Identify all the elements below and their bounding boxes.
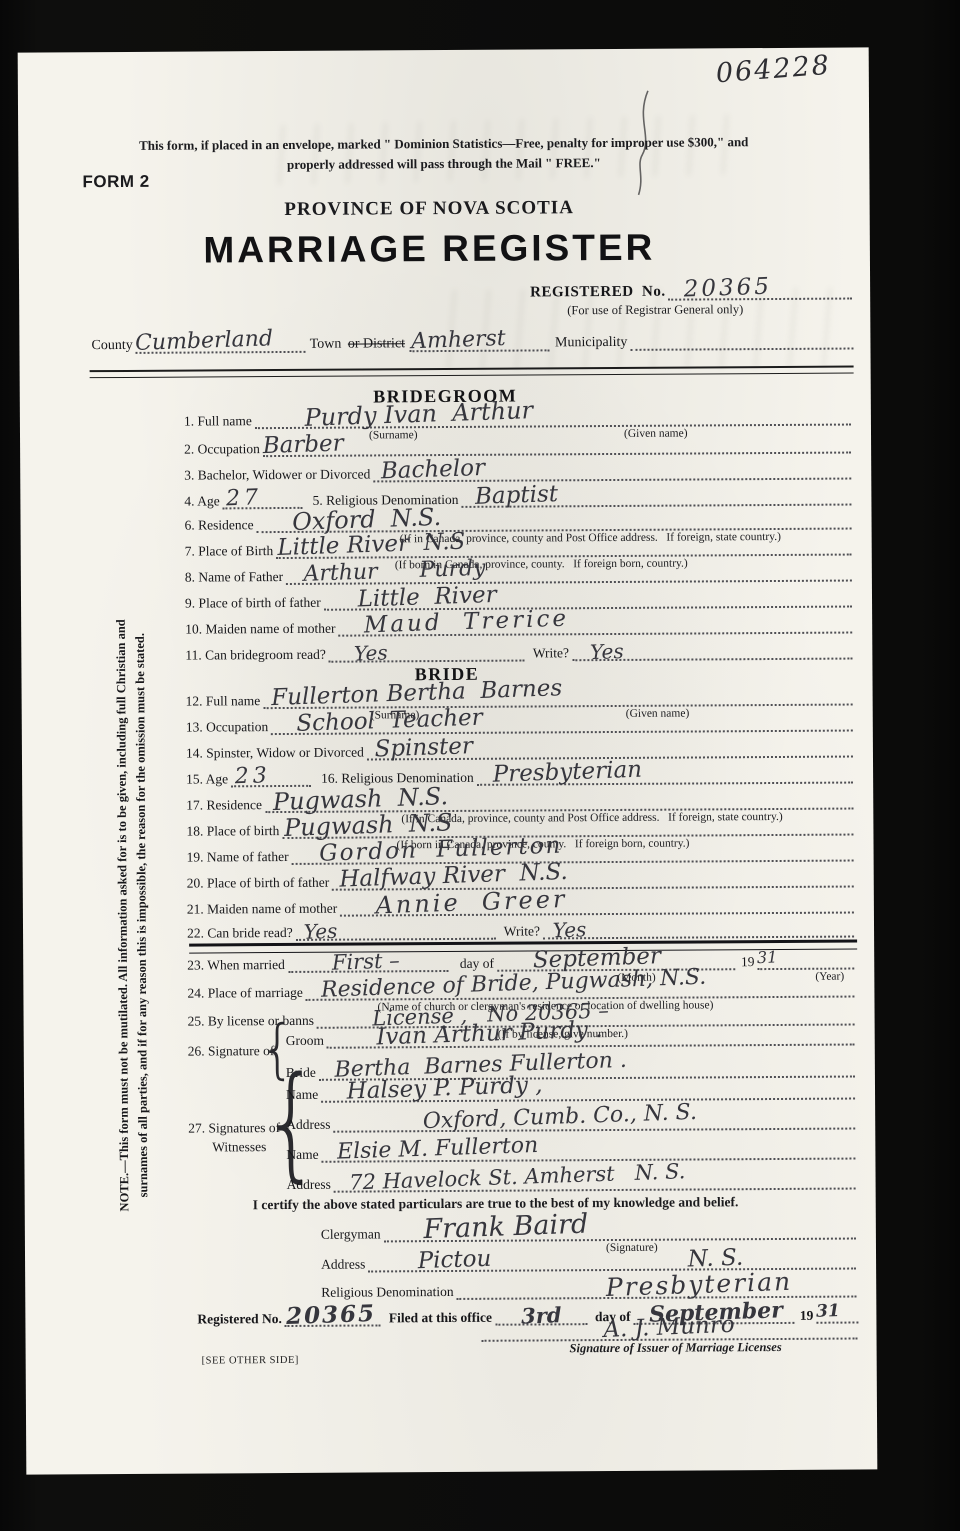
bride-mother-line: Annie Greer — [340, 906, 854, 917]
stamp-number: 064228 — [715, 50, 832, 90]
place-of-marriage-row: 24. Place of marriage Residence of Bride… — [187, 978, 854, 1002]
groom-status-label: 3. Bachelor, Widower or Divorced — [184, 466, 373, 483]
registered-number-label: REGISTERED No. — [530, 284, 669, 302]
groom-father-value: Arthur Purdy — [303, 558, 486, 586]
county-line: Cumberland — [136, 345, 306, 354]
groom-age-line: 27 — [223, 501, 303, 509]
bride-write-label: Write? — [496, 923, 543, 939]
witness2-name-line: Elsie M. Fullerton — [322, 1152, 856, 1163]
certification-statement: I certify the above stated particulars a… — [253, 1194, 739, 1213]
clergyman-row: Clergyman Frank Baird (Signature) — [321, 1220, 856, 1243]
bride-occupation-label: 13. Occupation — [186, 719, 272, 736]
groom-residence-label: 6. Residence — [185, 517, 257, 533]
groom-age-label: 4. Age — [184, 493, 222, 509]
bride-fullname-line: Fullerton Bertha Barnes — [263, 698, 852, 710]
municipality-line — [630, 342, 853, 351]
bride-father-line: Gordon Fullerton — [292, 854, 854, 865]
bride-occupation-row: 13. Occupation School Teacher — [186, 712, 853, 736]
bride-mother-label: 21. Maiden name of mother — [187, 901, 340, 918]
groom-write-value: Yes — [589, 641, 623, 662]
filing-registered-label: Registered No. — [197, 1311, 285, 1328]
groom-fullname-row: 1. Full name Purdy Ivan Arthur (Surname)… — [184, 406, 851, 430]
register-title: MARRIAGE REGISTER — [19, 226, 840, 273]
groom-write-line: Yes — [572, 652, 852, 662]
divider-rule — [90, 366, 854, 379]
groom-father-birthplace-value: Little River — [357, 584, 497, 612]
witness1-address-row: Address Oxford, Cumb. Co., N. S. — [286, 1110, 855, 1133]
groom-read-value: Yes — [354, 642, 388, 663]
groom-signature-line: Ivan Arthur Purdy . — [327, 1038, 855, 1049]
groom-religion-value: Baptist — [475, 483, 559, 509]
groom-father-label: 8. Name of Father — [185, 569, 286, 586]
witness2-name-row: Name Elsie M. Fullerton — [286, 1140, 855, 1163]
witness2-address-line: 72 Havelock St. Amherst N. S. — [334, 1182, 856, 1193]
bride-read-write-row: 22. Can bride read? Yes Write? Yes — [187, 918, 854, 942]
issuer-signature-row: A. J. Munro — [481, 1320, 857, 1342]
form-number: FORM 2 — [82, 172, 149, 192]
groom-residence-row: 6. Residence Oxford N.S. (If in Canada, … — [184, 510, 851, 534]
registered-number-value: 20365 — [684, 276, 773, 302]
issuer-caption: Signature of Issuer of Marriage Licenses — [496, 1340, 856, 1357]
when-married-day-line: First – — [288, 964, 448, 973]
groom-mother-value: Maud Trerice — [364, 608, 570, 638]
clergyman-denomination-line: Presbyterian — [457, 1290, 857, 1300]
groom-signature-row: Groom Ivan Arthur Purdy . — [286, 1026, 855, 1049]
groom-mother-label: 10. Maiden name of mother — [185, 621, 338, 638]
scanned-page-background: 064228 This form, if placed in an envelo… — [0, 0, 960, 1531]
license-label: 25. By license or banns — [188, 1013, 317, 1030]
bride-father-birthplace-label: 20. Place of birth of father — [187, 875, 333, 892]
bride-age-value: 23 — [234, 765, 271, 788]
bride-age-religion-row: 15. Age 23 16. Religious Denomination Pr… — [186, 764, 853, 788]
registrar-note: (For use of Registrar General only) — [567, 302, 743, 318]
witness2-name-value: Elsie M. Fullerton — [337, 1135, 539, 1164]
groom-read-line: Yes — [329, 654, 525, 663]
clergyman-signature-value: Frank Baird — [423, 1211, 589, 1244]
witness1-name-line: Halsey P. Purdy , — [321, 1092, 855, 1103]
bride-status-value: Spinster — [374, 735, 473, 761]
bride-religion-line: Presbyterian — [477, 776, 853, 786]
bride-residence-label: 17. Residence — [186, 797, 265, 813]
registered-number-line: 20365 — [669, 292, 853, 301]
bride-father-birthplace-line: Halfway River N.S. — [332, 880, 854, 891]
witness-name-label: Name — [286, 1087, 321, 1103]
bride-read-value: Yes — [303, 921, 337, 942]
groom-father-birthplace-label: 9. Place of birth of father — [185, 595, 324, 612]
groom-religion-line: Baptist — [462, 498, 852, 508]
filing-filed-label: Filed at this office — [381, 1310, 495, 1327]
witness2-address-row: Address 72 Havelock St. Amherst N. S. — [287, 1170, 856, 1193]
groom-status-line: Bachelor — [373, 472, 851, 483]
bride-religion-value: Presbyterian — [492, 759, 642, 787]
groom-status-row: 3. Bachelor, Widower or Divorced Bachelo… — [184, 460, 851, 484]
groom-occupation-value: Barber — [262, 432, 344, 458]
marriage-register-form: 064228 This form, if placed in an envelo… — [18, 47, 878, 1474]
bride-status-label: 14. Spinster, Widow or Divorced — [186, 744, 367, 761]
province-title: PROVINCE OF NOVA SCOTIA — [19, 196, 840, 223]
bride-read-line: Yes — [296, 932, 496, 941]
bride-age-line: 23 — [231, 779, 311, 787]
clergyman-line: Frank Baird — [384, 1232, 856, 1243]
clergyman-denomination-value: Presbyterian — [606, 1269, 793, 1300]
groom-fullname-label: 1. Full name — [184, 413, 255, 429]
clergyman-address-value: Pictou — [418, 1248, 492, 1273]
clergyman-label: Clergyman — [321, 1226, 384, 1242]
district-label-struck: or District — [348, 336, 409, 352]
witness-address-label: Address — [286, 1117, 333, 1133]
bride-age-label: 15. Age — [186, 771, 231, 787]
groom-signature-value: Ivan Arthur Purdy . — [376, 1019, 603, 1050]
groom-birthplace-value: Little River N.S — [277, 531, 466, 560]
groom-father-line: Arthur Purdy — [286, 574, 852, 585]
witness1-address-line: Oxford, Cumb. Co., N. S. — [333, 1122, 855, 1133]
groom-fullname-line: Purdy Ivan Arthur — [255, 418, 851, 430]
bride-occupation-value: School Teacher — [297, 707, 484, 736]
groom-father-row: 8. Name of Father Arthur Purdy — [185, 562, 852, 586]
groom-birthplace-row: 7. Place of Birth Little River N.S (If b… — [185, 536, 852, 560]
bride-read-label: 22. Can bride read? — [187, 925, 296, 942]
clergyman-denomination-label: Religious Denomination — [321, 1284, 456, 1301]
bride-status-row: 14. Spinster, Widow or Divorced Spinster — [186, 738, 853, 762]
witness1-address-value: Oxford, Cumb. Co., N. S. — [423, 1102, 698, 1133]
bride-residence-row: 17. Residence Pugwash N.S. (If in Canada… — [186, 790, 853, 814]
municipality-label: Municipality — [549, 335, 630, 351]
bride-fullname-row: 12. Full name Fullerton Bertha Barnes (S… — [186, 686, 853, 710]
bride-fullname-label: 12. Full name — [186, 693, 264, 709]
groom-signature-label: Groom — [286, 1033, 327, 1049]
place-of-marriage-label: 24. Place of marriage — [187, 985, 306, 1002]
bride-occupation-line: School Teacher — [271, 724, 853, 736]
when-married-label: 23. When married — [187, 957, 288, 974]
town-label: Town — [306, 337, 348, 353]
filing-year-value: 31 — [816, 1303, 840, 1321]
county-value: Cumberland — [135, 328, 274, 355]
groom-age-religion-row: 4. Age 27 5. Religious Denomination Bapt… — [184, 486, 851, 510]
groom-read-write-row: 11. Can bridegroom read? Yes Write? Yes — [185, 640, 852, 664]
witness1-name-value: Halsey P. Purdy , — [347, 1074, 544, 1104]
groom-read-label: 11. Can bridegroom read? — [185, 647, 329, 664]
town-line: Amherst — [409, 343, 549, 352]
county-label: County — [91, 338, 135, 354]
bride-birthplace-value: Pugwash N.S — [284, 810, 453, 840]
when-married-year-value: 31 — [757, 949, 778, 966]
bride-write-line: Yes — [543, 930, 854, 940]
witness1-name-row: Name Halsey P. Purdy , — [286, 1080, 855, 1103]
groom-occupation-row: 2. Occupation Barber — [184, 434, 851, 458]
witness-address-label: Address — [287, 1177, 334, 1193]
filing-registered-value: 20365 — [286, 1302, 377, 1328]
groom-status-value: Bachelor — [381, 457, 486, 484]
groom-occupation-line: Barber — [263, 446, 851, 458]
year-prefix: 19 — [735, 954, 758, 970]
issuer-signature-value: A. J. Munro — [603, 1314, 735, 1342]
bride-father-label: 19. Name of father — [187, 849, 292, 866]
witness2-address-value: 72 Havelock St. Amherst N. S. — [349, 1161, 686, 1193]
when-married-year-line: 31 — [757, 962, 854, 971]
filing-registered-line: 20365 — [285, 1318, 381, 1327]
groom-occupation-label: 2. Occupation — [184, 441, 263, 457]
groom-birthplace-label: 7. Place of Birth — [185, 543, 277, 560]
groom-mother-row: 10. Maiden name of mother Maud Trerice — [185, 614, 852, 638]
day-of-label: day of — [448, 956, 497, 972]
bride-write-value: Yes — [552, 919, 586, 940]
town-value: Amherst — [410, 328, 505, 353]
see-other-side: [SEE OTHER SIDE] — [202, 1355, 299, 1367]
when-married-day-value: First – — [331, 950, 399, 973]
groom-mother-line: Maud Trerice — [339, 626, 853, 637]
registered-number-row: REGISTERED No. 20365 — [530, 280, 852, 302]
bride-mother-value: Annie Greer — [375, 887, 568, 918]
witness-name-label: Name — [286, 1147, 321, 1163]
groom-father-birthplace-line: Little River — [324, 600, 852, 611]
bride-mother-row: 21. Maiden name of mother Annie Greer — [187, 894, 854, 918]
groom-age-value: 27 — [226, 487, 263, 510]
groom-fullname-value: Purdy Ivan Arthur — [304, 398, 533, 430]
groom-write-label: Write? — [525, 645, 572, 661]
bride-birthplace-label: 18. Place of birth — [186, 823, 282, 840]
clergyman-address-label: Address — [321, 1256, 368, 1272]
